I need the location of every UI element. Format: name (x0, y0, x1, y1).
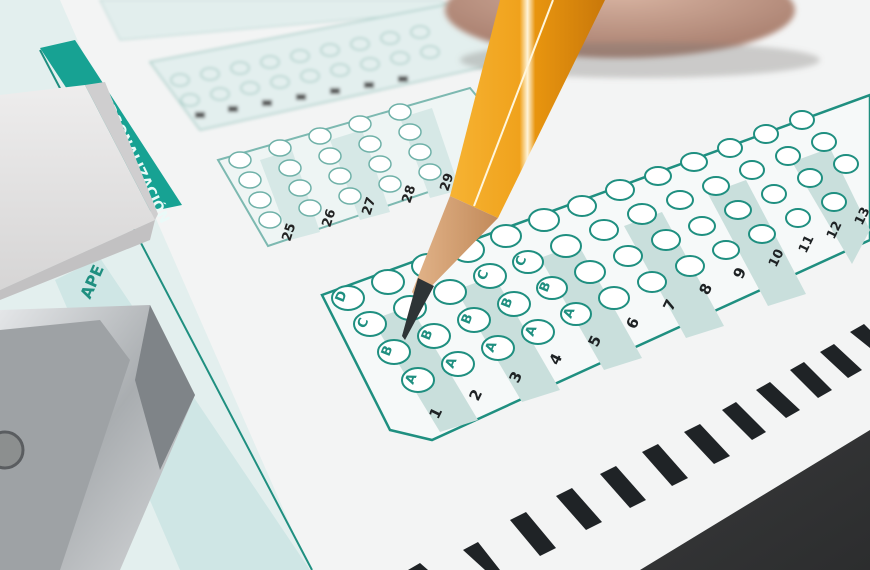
photo-scene: PERSONALIZACIÓN APE (0, 0, 870, 570)
photo-svg: PERSONALIZACIÓN APE (0, 0, 870, 570)
